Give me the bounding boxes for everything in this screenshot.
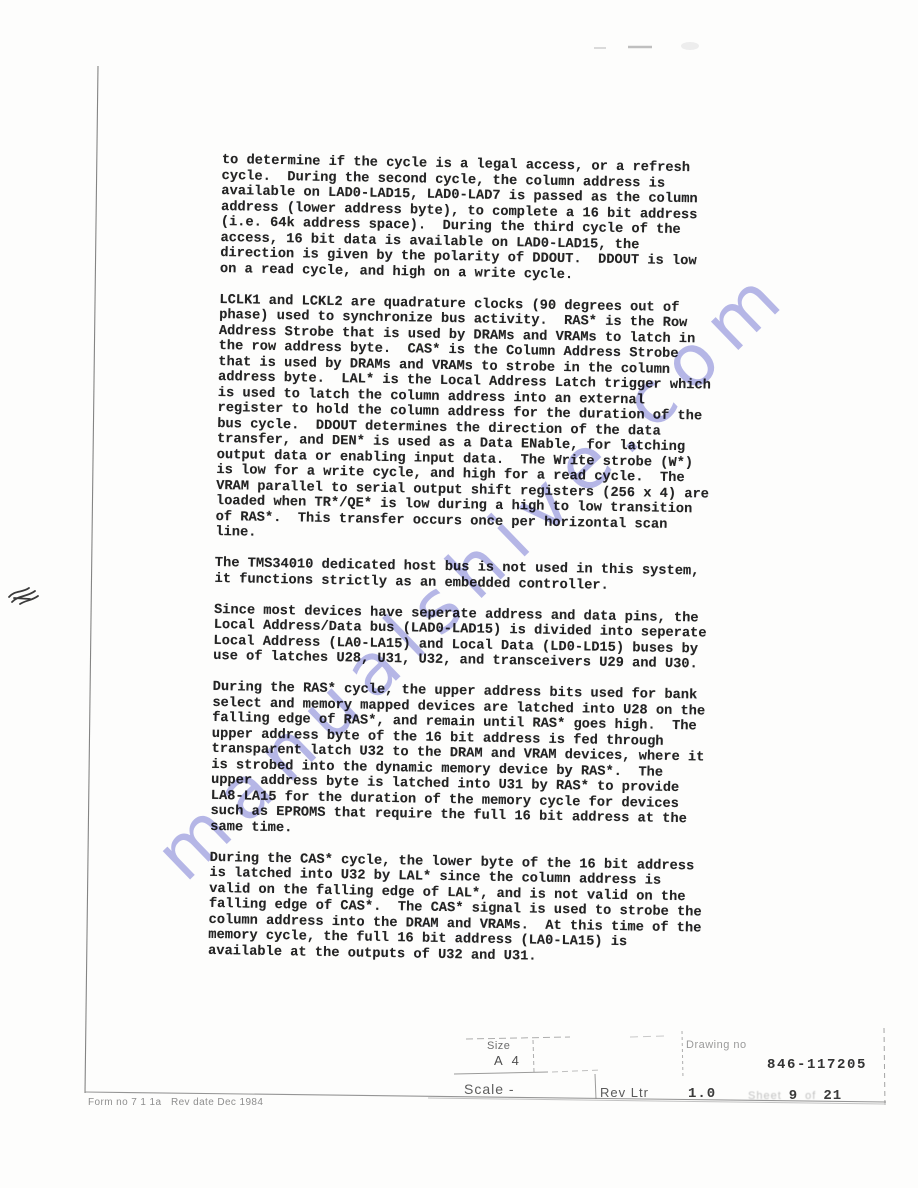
drawing-no-value: 846-117205	[767, 1057, 867, 1073]
size-label: Size	[487, 1040, 510, 1052]
scanned-document-page: to determine if the cycle is a legal acc…	[0, 0, 918, 1188]
stray-smudge	[681, 42, 699, 50]
form-number-note: Form no 7 1 1a Rev date Dec 1984	[88, 1097, 263, 1108]
scale-label: Scale -	[464, 1081, 515, 1097]
paragraph-3: The TMS34010 dedicated host bus is not u…	[214, 556, 719, 596]
rev-ltr-value: 1.0	[688, 1086, 716, 1102]
scale-rev-divider	[595, 1074, 596, 1099]
sheet-number: 9	[789, 1088, 798, 1104]
frame-left-border	[85, 66, 98, 1093]
sheet-label: Sheet	[748, 1090, 782, 1102]
document-body-text: to determine if the cycle is a legal acc…	[208, 153, 727, 968]
size-box-bottom-line	[454, 1072, 548, 1074]
paragraph-4: Since most devices have seperate address…	[213, 602, 719, 673]
size-box-top-line	[466, 1037, 570, 1039]
sheet-indicator: Sheet9of21	[748, 1086, 842, 1104]
sheet-of-label: of	[805, 1090, 816, 1102]
sheet-total: 21	[823, 1088, 842, 1104]
paragraph-1: to determine if the cycle is a legal acc…	[220, 153, 727, 286]
size-box-bottom-line-ext	[552, 1070, 600, 1072]
size-box-top-line-ext	[630, 1036, 665, 1037]
drawing-cell-left-line	[682, 1031, 683, 1079]
rev-ltr-label: Rev Ltr	[600, 1085, 649, 1100]
frame-right-dashed-border	[884, 1028, 885, 1108]
size-value: A 4	[494, 1053, 522, 1068]
paragraph-6: During the CAS* cycle, the lower byte of…	[208, 850, 715, 967]
margin-squiggle-mark	[9, 588, 38, 604]
paragraph-2: LCLK1 and LCKL2 are quadrature clocks (9…	[215, 292, 724, 549]
drawing-no-label: Drawing no	[686, 1039, 747, 1051]
size-box-right-line	[533, 1040, 534, 1072]
paragraph-5: During the RAS* cycle, the upper address…	[210, 680, 718, 844]
